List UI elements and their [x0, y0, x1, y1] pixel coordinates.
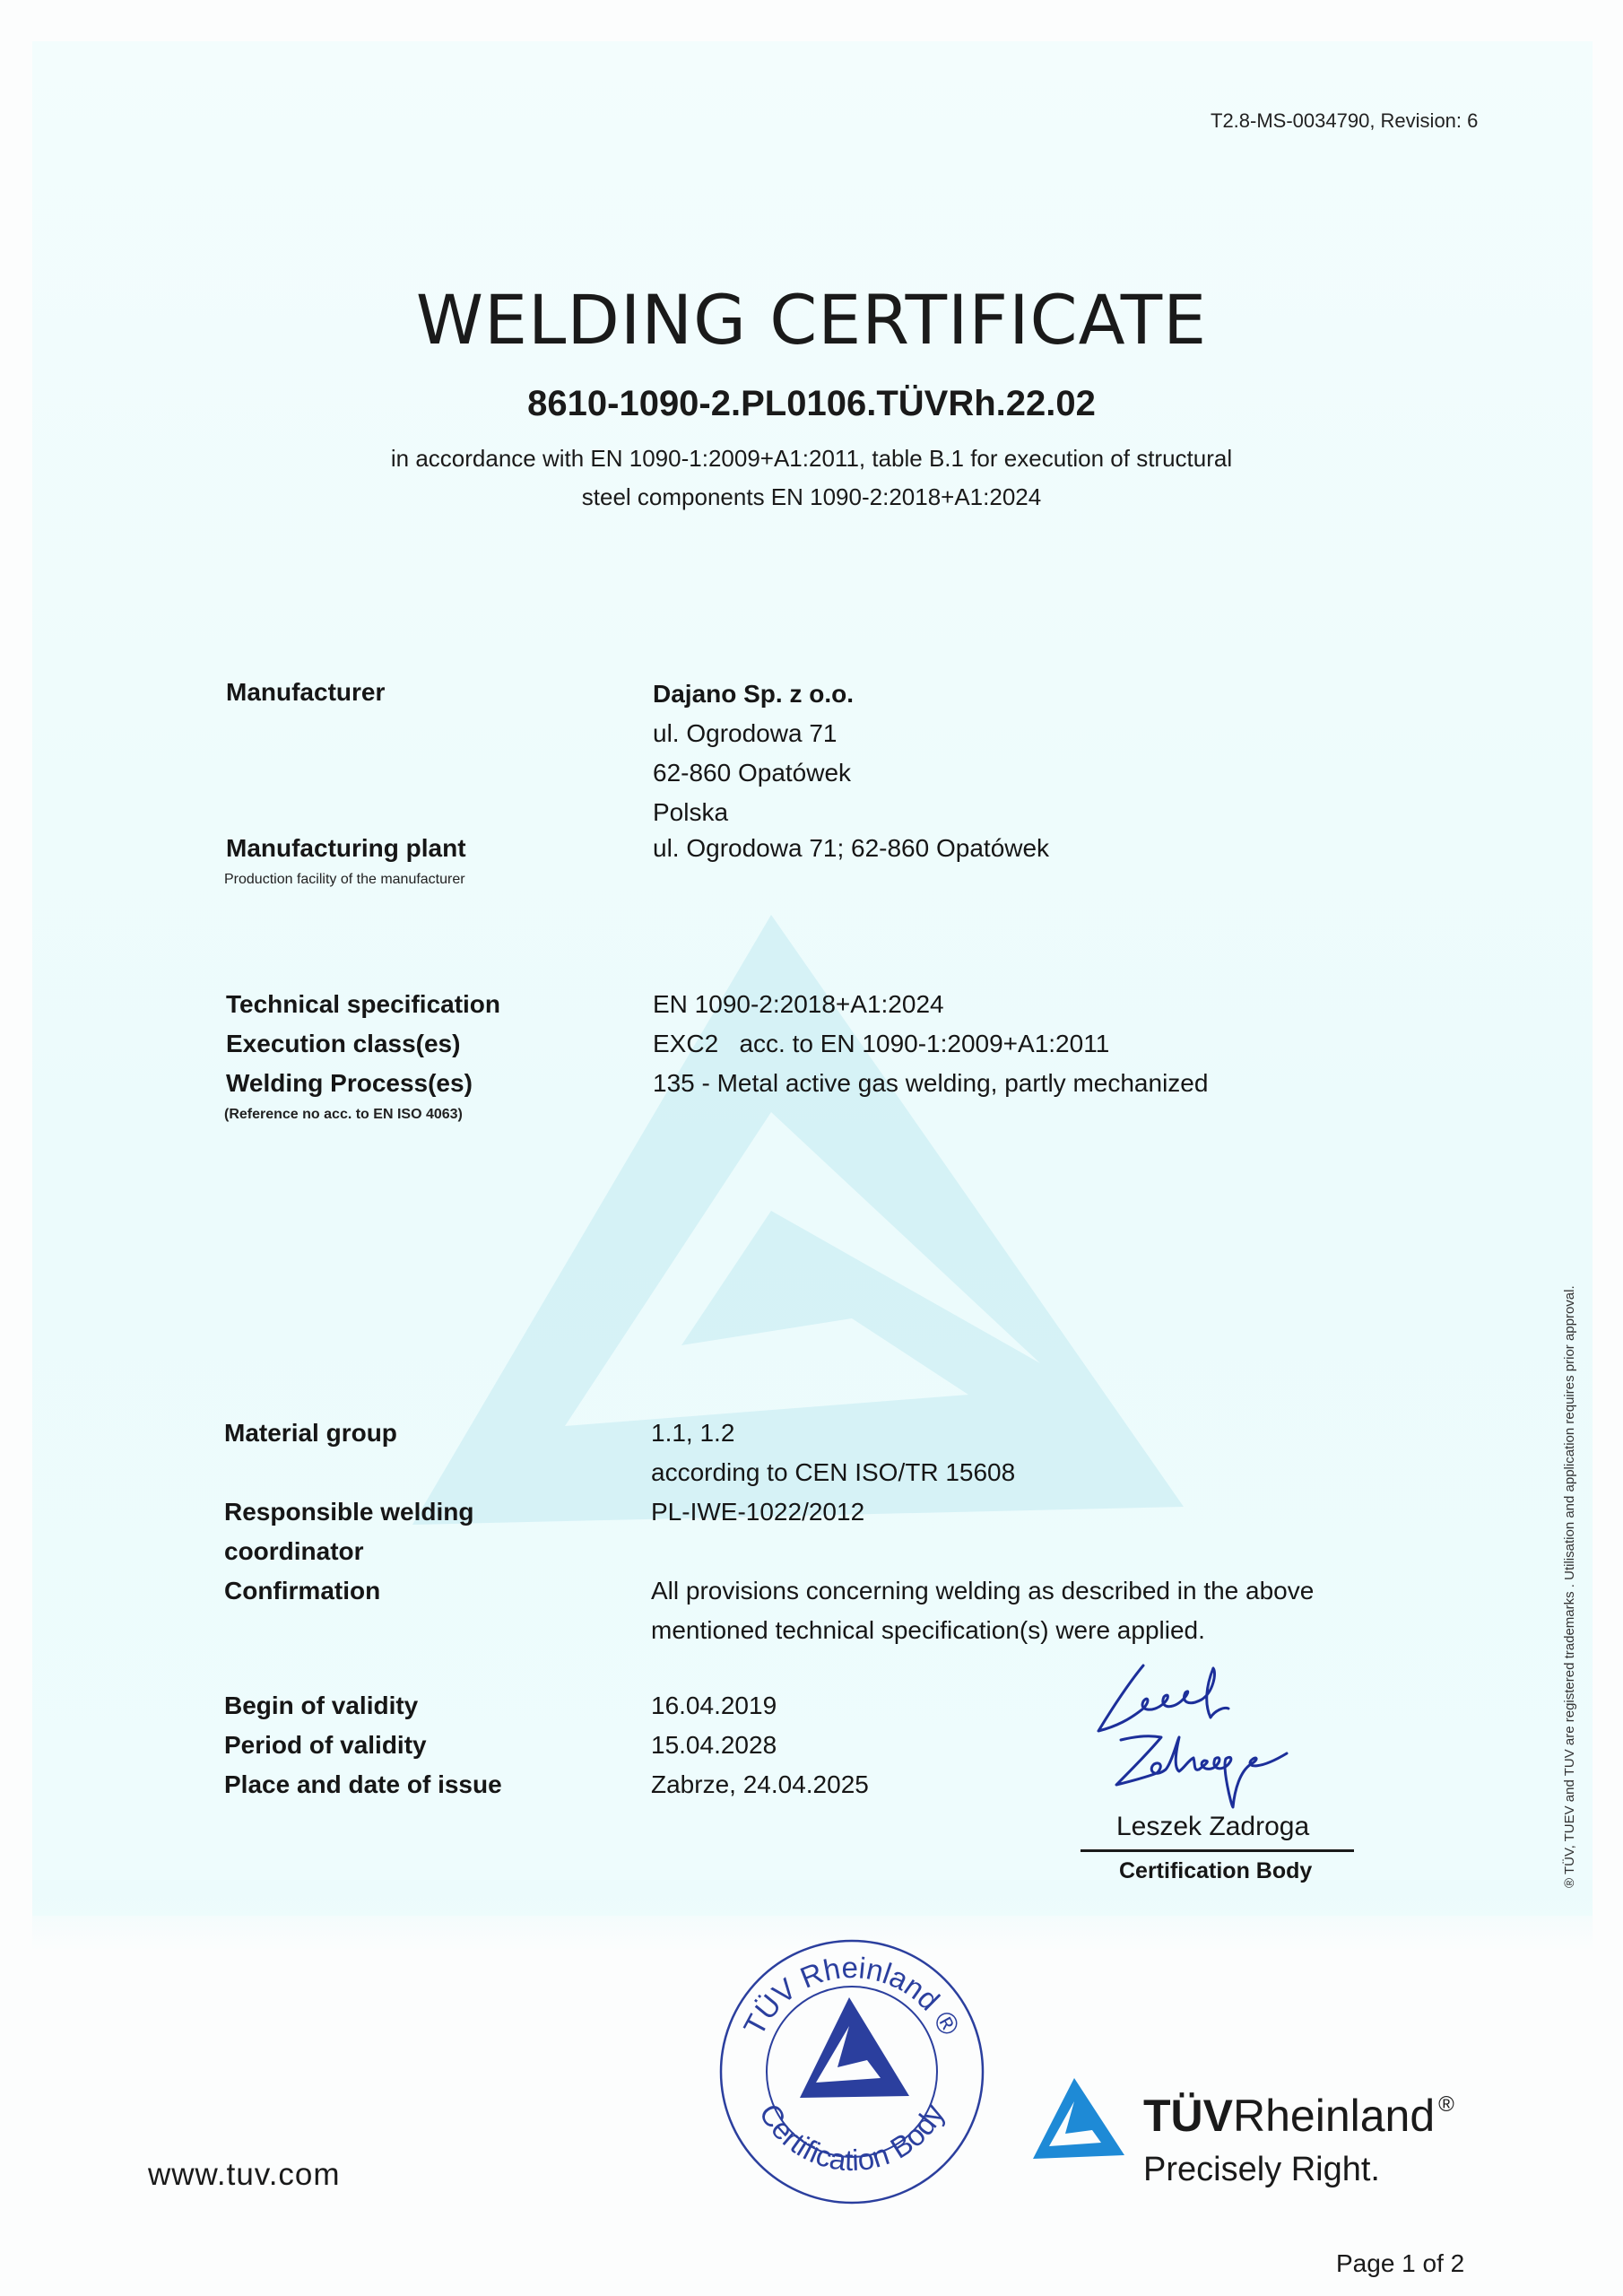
signature-divider [1081, 1849, 1354, 1852]
material-labels: Material group Responsible welding coord… [224, 1413, 473, 1611]
execution-class-value: EXC2 acc. to EN 1090-1:2009+A1:2011 [653, 1024, 1208, 1064]
brand-tagline: Precisely Right. [1143, 2151, 1380, 2189]
technical-spec-label: Technical specification [226, 985, 500, 1024]
confirmation-value-line-2: mentioned technical specification(s) wer… [651, 1611, 1314, 1650]
accordance-statement: in accordance with EN 1090-1:2009+A1:201… [0, 439, 1623, 517]
coordinator-label-line-2: coordinator [224, 1532, 473, 1571]
validity-labels: Begin of validity Period of validity Pla… [224, 1686, 502, 1805]
signer-name: Leszek Zadroga [1116, 1812, 1309, 1842]
confirmation-label: Confirmation [224, 1571, 473, 1611]
document-reference: T2.8-MS-0034790, Revision: 6 [1211, 109, 1478, 133]
manufacturer-value: Dajano Sp. z o.o. ul. Ogrodowa 71 62-860… [653, 674, 854, 832]
seal-bottom-text: Certification Body [753, 2098, 951, 2177]
manufacturer-address-line: Polska [653, 793, 854, 832]
certification-seal: TÜV Rheinland ® Certification Body [713, 1933, 991, 2211]
coordinator-label-line-1: Responsible welding [224, 1492, 473, 1532]
period-validity-label: Period of validity [224, 1726, 502, 1765]
manufacturer-label: Manufacturer [226, 678, 385, 707]
execution-class-label: Execution class(es) [226, 1024, 500, 1064]
validity-values: 16.04.2019 15.04.2028 Zabrze, 24.04.2025 [651, 1686, 869, 1805]
plant-value: ul. Ogrodowa 71; 62-860 Opatówek [653, 834, 1049, 863]
plant-sublabel: Production facility of the manufacturer [224, 872, 465, 888]
page-title: WELDING CERTIFICATE [0, 280, 1623, 360]
certificate-number: 8610-1090-2.PL0106.TÜVRh.22.02 [0, 384, 1623, 424]
welding-process-sublabel: (Reference no acc. to EN ISO 4063) [224, 1107, 463, 1123]
welding-process-label: Welding Process(es) [226, 1064, 500, 1103]
issue-value: Zabrze, 24.04.2025 [651, 1765, 869, 1805]
material-group-label: Material group [224, 1413, 473, 1453]
brand-name-regular: Rheinland [1233, 2091, 1435, 2141]
issue-label: Place and date of issue [224, 1765, 502, 1805]
material-group-standard: according to CEN ISO/TR 15608 [651, 1453, 1314, 1492]
accordance-line-1: in accordance with EN 1090-1:2009+A1:201… [0, 439, 1623, 478]
manufacturer-address-line: 62-860 Opatówek [653, 753, 854, 793]
handwritten-signature [1081, 1655, 1358, 1816]
accordance-line-2: steel components EN 1090-2:2018+A1:2024 [0, 478, 1623, 517]
material-group-value: 1.1, 1.2 [651, 1413, 1314, 1453]
begin-validity-label: Begin of validity [224, 1686, 502, 1726]
begin-validity-value: 16.04.2019 [651, 1686, 869, 1726]
specs-labels: Technical specification Execution class(… [226, 985, 500, 1103]
material-values: 1.1, 1.2 according to CEN ISO/TR 15608 P… [651, 1413, 1314, 1650]
manufacturer-address-line: ul. Ogrodowa 71 [653, 714, 854, 753]
specs-values: EN 1090-2:2018+A1:2024 EXC2 acc. to EN 1… [653, 985, 1208, 1103]
technical-spec-value: EN 1090-2:2018+A1:2024 [653, 985, 1208, 1024]
brand-registered-mark: ® [1438, 2092, 1454, 2117]
confirmation-value-line-1: All provisions concerning welding as des… [651, 1571, 1314, 1611]
brand-name-bold: TÜV [1143, 2091, 1233, 2141]
coordinator-value: PL-IWE-1022/2012 [651, 1492, 1314, 1532]
tuv-rheinland-logo-icon [1031, 2076, 1125, 2161]
website-link[interactable]: www.tuv.com [148, 2157, 341, 2193]
plant-label: Manufacturing plant [226, 834, 466, 863]
manufacturer-name: Dajano Sp. z o.o. [653, 674, 854, 714]
signer-role: Certification Body [1119, 1858, 1312, 1884]
period-validity-value: 15.04.2028 [651, 1726, 869, 1765]
page-indicator: Page 1 of 2 [1336, 2249, 1464, 2278]
welding-process-value: 135 - Metal active gas welding, partly m… [653, 1064, 1208, 1103]
brand-name: TÜVRheinland® [1143, 2090, 1454, 2142]
trademark-note: ® TÜV, TUEV and TUV are registered trade… [1562, 1285, 1577, 1888]
